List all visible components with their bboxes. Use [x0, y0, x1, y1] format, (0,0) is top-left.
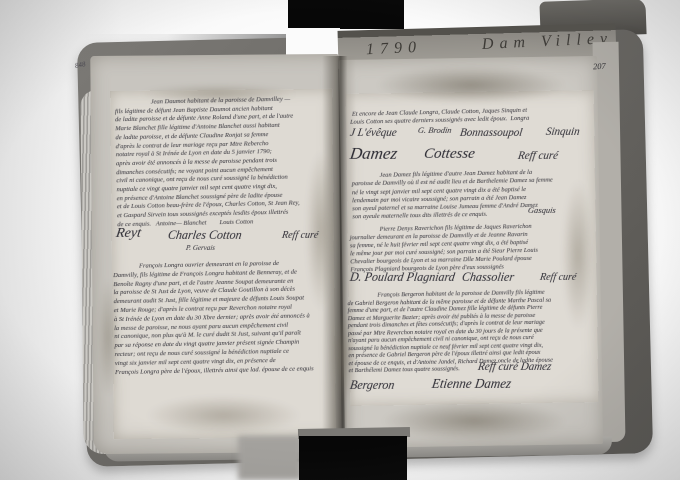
- register-scan: 1790 Dam Villey 848 207 Jean Daumot habi…: [0, 0, 680, 480]
- signature-name: Sinquin: [545, 126, 580, 138]
- entry1-end-signature: Gasquis: [527, 205, 556, 215]
- right-page-number: 207: [593, 61, 606, 72]
- signature-title: Reff curé: [539, 272, 577, 283]
- right-entry-3: François Bergeron habitant de la paroiss…: [347, 288, 598, 375]
- right-bottom-signatures: Bergeron Etienne Damez: [350, 376, 600, 394]
- signature-name: G. Brodin: [417, 125, 452, 135]
- right-entry-2: Pierre Denys Raverichon fils légitime de…: [350, 222, 599, 274]
- heading-title: Reff curé: [517, 150, 559, 162]
- right-signature-row: J L'évêque G. Brodin Bonnassoupol Sinqui…: [348, 125, 600, 145]
- left-entry-2: François Longra ouvrier demeurant en la …: [113, 259, 335, 378]
- underlying-page-header-text: 1790 Dam Villey: [366, 30, 614, 59]
- entry3-end-signature: Reff curé Damez: [477, 361, 552, 373]
- signature-flourish: Reyt: [115, 226, 142, 242]
- left-entry-1: Jean Daumot habitant de la paroisse de D…: [115, 95, 336, 230]
- heading-name: Cottesse: [423, 146, 476, 163]
- right-signature-row-2: D. Poulard Plagniard Chassolier Reff cur…: [350, 270, 600, 288]
- signature-name: Etienne Damez: [431, 376, 512, 392]
- signature-title: Reff curé: [281, 230, 319, 241]
- signature-name: Bonnassoupol: [459, 127, 523, 139]
- signature-name: Chassolier: [461, 270, 515, 285]
- right-entry-1: Jean Damez fils légitime d'autre Jean Da…: [352, 168, 599, 222]
- signature-name: Charles Cotton: [167, 228, 243, 243]
- signature-subscript: P. Gervais: [185, 244, 215, 252]
- scan-void-top: [288, 0, 404, 29]
- stain: [344, 60, 598, 110]
- signature-name: J L'évêque: [349, 127, 397, 139]
- heading-name: Damez: [349, 144, 399, 164]
- right-heading-row: Damez Cottesse Reff curé: [350, 144, 600, 168]
- left-signature-row: Reyt Charles Cotton Reff curé P. Gervais: [114, 226, 334, 256]
- signature-name: D. Poulard Plagniard: [349, 270, 456, 285]
- scan-void-bottom: [299, 436, 407, 480]
- signature-name: Bergeron: [349, 378, 396, 393]
- under-book-shadow: [238, 436, 302, 480]
